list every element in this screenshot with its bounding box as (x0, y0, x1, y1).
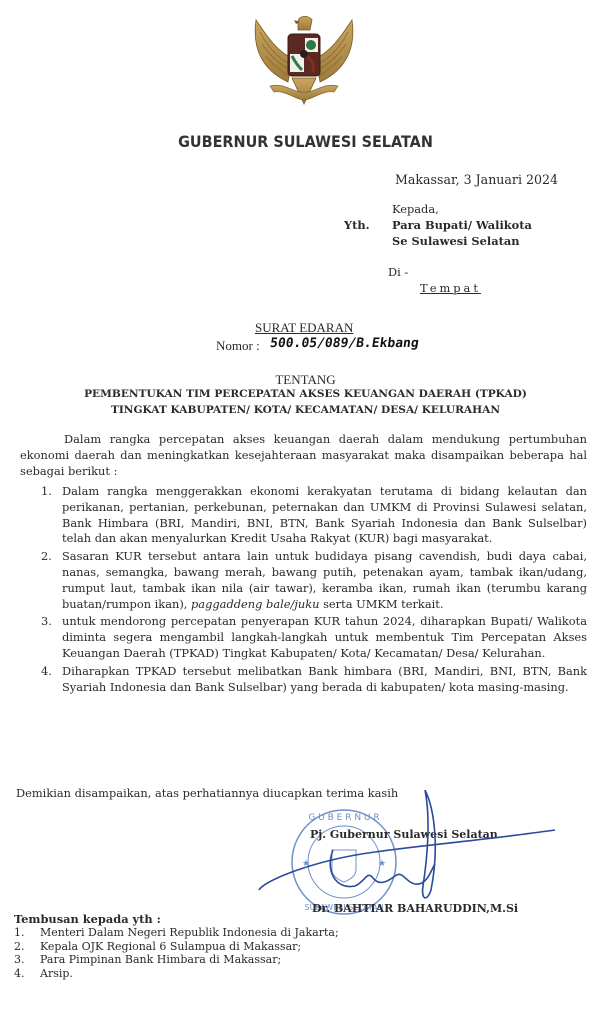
tembusan-item-number: 1. (14, 926, 40, 940)
list-item-text: serta UMKM terkait. (319, 597, 443, 611)
tembusan-item-number: 3. (14, 953, 40, 967)
handwritten-signature-icon (255, 790, 575, 910)
list-item-text: Dalam rangka menggerakkan ekonomi keraky… (62, 484, 587, 545)
list-item-text: Diharapkan TPKAD tersebut melibatkan Ban… (62, 664, 587, 694)
tembusan-title: Tembusan kepada yth : (14, 912, 161, 926)
list-item-number: 3. (41, 614, 52, 630)
tembusan-item: 3.Para Pimpinan Bank Himbara di Makassar… (14, 953, 339, 967)
document-type: SURAT EDARAN (255, 320, 353, 336)
yth-label: Yth. (344, 218, 370, 234)
recipient-line-1: Para Bupati/ Walikota (392, 218, 532, 234)
tembusan-item-text: Arsip. (40, 967, 73, 980)
subject-line-1: PEMBENTUKAN TIM PERCEPATAN AKSES KEUANGA… (0, 388, 611, 400)
tempat-label: Tempat (420, 281, 481, 297)
list-item-number: 4. (41, 664, 52, 680)
list-item: 4. Diharapkan TPKAD tersebut melibatkan … (62, 664, 587, 696)
di-label: Di - (388, 265, 408, 281)
nomor-label: Nomor : (216, 338, 260, 354)
list-item: 1. Dalam rangka menggerakkan ekonomi ker… (62, 484, 587, 547)
list-item-italic-text: paggaddeng bale/juku (191, 597, 319, 611)
tembusan-item-number: 2. (14, 940, 40, 954)
tembusan-item-text: Menteri Dalam Negeri Republik Indonesia … (40, 926, 339, 939)
list-item: 2. Sasaran KUR tersebut antara lain untu… (62, 549, 587, 612)
place-date: Makassar, 3 Januari 2024 (395, 172, 558, 188)
intro-paragraph: Dalam rangka percepatan akses keuangan d… (20, 432, 587, 479)
tembusan-item-number: 4. (14, 967, 40, 981)
kepada-label: Kepada, (392, 202, 439, 218)
list-item-text: untuk mendorong percepatan penyerapan KU… (62, 614, 587, 660)
nomor-handwritten: 500.05/089/B.Ekbang (269, 336, 420, 351)
body-list: 1. Dalam rangka menggerakkan ekonomi ker… (62, 484, 587, 695)
list-item: 3. untuk mendorong percepatan penyerapan… (62, 614, 587, 661)
subject-line-2: TINGKAT KABUPATEN/ KOTA/ KECAMATAN/ DESA… (0, 404, 611, 416)
tembusan-list: 1.Menteri Dalam Negeri Republik Indonesi… (14, 926, 339, 980)
tembusan-item-text: Kepala OJK Regional 6 Sulampua di Makass… (40, 940, 301, 953)
letterhead-title: GUBERNUR SULAWESI SELATAN (31, 132, 581, 151)
tentang-label: TENTANG (0, 372, 611, 388)
tembusan-item: 2.Kepala OJK Regional 6 Sulampua di Maka… (14, 940, 339, 954)
list-item-number: 2. (41, 549, 52, 565)
tembusan-item: 1.Menteri Dalam Negeri Republik Indonesi… (14, 926, 339, 940)
list-item-number: 1. (41, 484, 52, 500)
garuda-emblem-icon (248, 8, 360, 120)
tembusan-item-text: Para Pimpinan Bank Himbara di Makassar; (40, 953, 281, 966)
recipient-line-2: Se Sulawesi Selatan (392, 234, 520, 250)
tembusan-item: 4.Arsip. (14, 967, 339, 981)
